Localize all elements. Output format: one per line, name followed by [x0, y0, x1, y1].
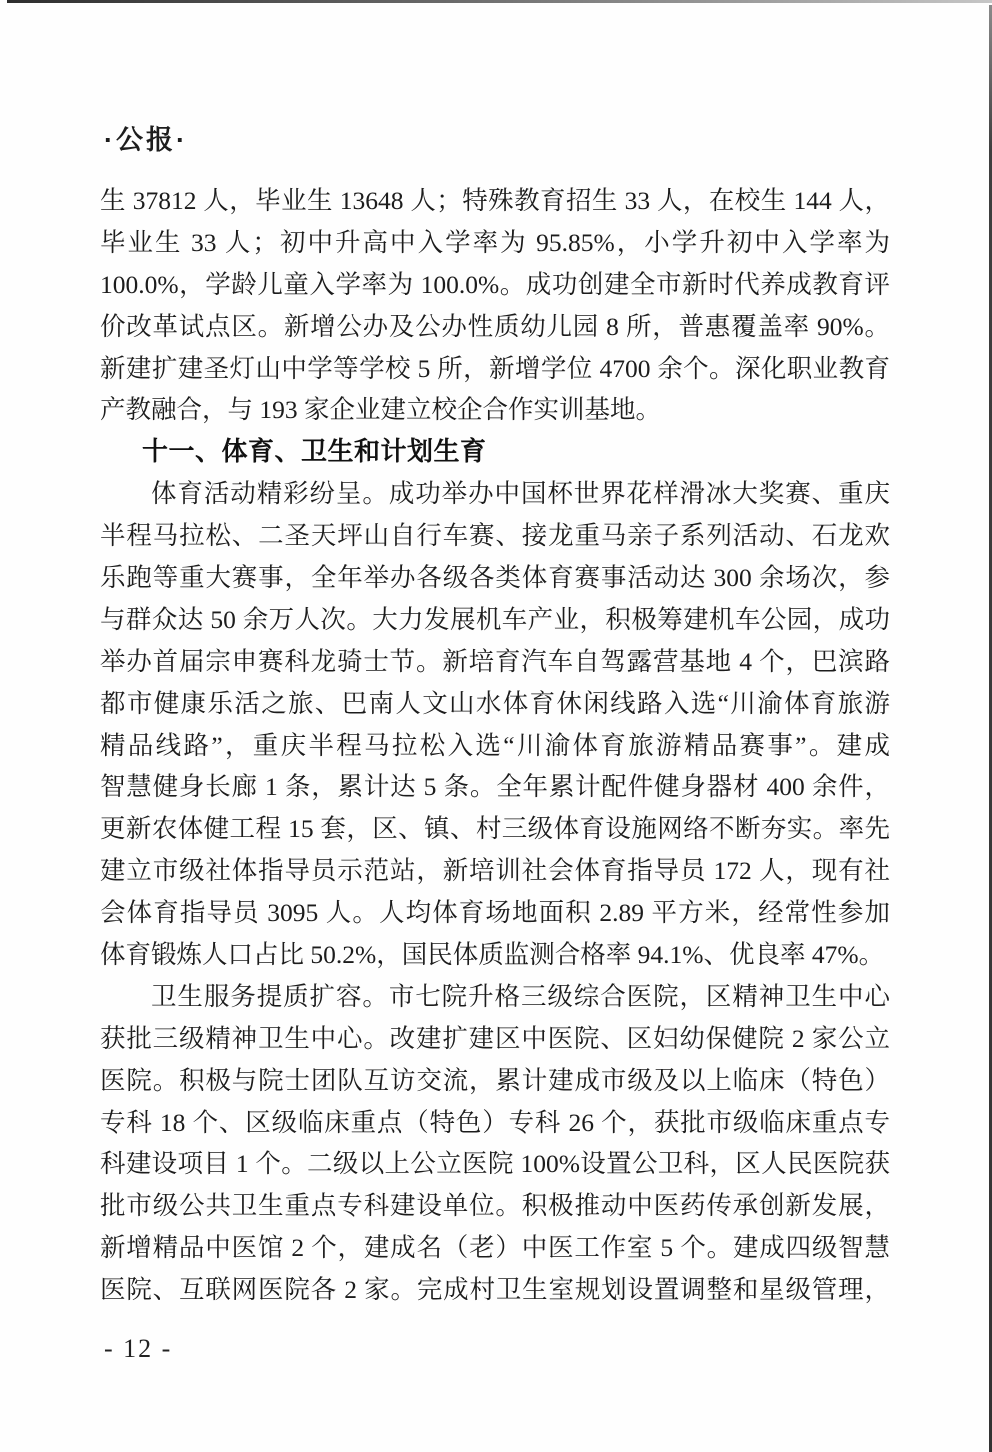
body-text: 生 37812 人，毕业生 13648 人；特殊教育招生 33 人，在校生 14… — [100, 180, 890, 1311]
text-line: 新建扩建圣灯山中学等学校 5 所，新增学位 4700 余个。深化职业教育 — [100, 348, 890, 390]
text-line: 价改革试点区。新增公办及公办性质幼儿园 8 所，普惠覆盖率 90%。 — [100, 306, 890, 348]
text-line: 医院、互联网医院各 2 家。完成村卫生室规划设置调整和星级管理， — [100, 1269, 890, 1311]
text-line: 批市级公共卫生重点专科建设单位。积极推动中医药传承创新发展， — [100, 1185, 890, 1227]
text-line: 100.0%，学龄儿童入学率为 100.0%。成功创建全市新时代养成教育评 — [100, 264, 890, 306]
section-heading: 十一、体育、卫生和计划生育 — [100, 431, 890, 473]
text-line: 医院。积极与院士团队互访交流，累计建成市级及以上临床（特色） — [100, 1060, 890, 1102]
text-line: 获批三级精神卫生中心。改建扩建区中医院、区妇幼保健院 2 家公立 — [100, 1018, 890, 1060]
text-line: 卫生服务提质扩容。市七院升格三级综合医院，区精神卫生中心 — [100, 976, 890, 1018]
text-line: 与群众达 50 余万人次。大力发展机车产业，积极筹建机车公园，成功 — [100, 599, 890, 641]
text-line: 乐跑等重大赛事，全年举办各级各类体育赛事活动达 300 余场次，参 — [100, 557, 890, 599]
text-line: 体育活动精彩纷呈。成功举办中国杯世界花样滑冰大奖赛、重庆 — [100, 473, 890, 515]
text-line: 产教融合，与 193 家企业建立校企合作实训基地。 — [100, 389, 890, 431]
text-line: 举办首届宗申赛科龙骑士节。新培育汽车自驾露营基地 4 个，巴滨路 — [100, 641, 890, 683]
document-page: ·公报· 生 37812 人，毕业生 13648 人；特殊教育招生 33 人，在… — [0, 0, 992, 1452]
text-line: 都市健康乐活之旅、巴南人文山水体育休闲线路入选“川渝体育旅游 — [100, 683, 890, 725]
text-line: 智慧健身长廊 1 条，累计达 5 条。全年累计配件健身器材 400 余件， — [100, 766, 890, 808]
page-number: - 12 - — [104, 1334, 172, 1364]
text-line: 体育锻炼人口占比 50.2%，国民体质监测合格率 94.1%、优良率 47%。 — [100, 934, 890, 976]
text-line: 科建设项目 1 个。二级以上公立医院 100%设置公卫科，区人民医院获 — [100, 1143, 890, 1185]
text-line: 更新农体健工程 15 套，区、镇、村三级体育设施网络不断夯实。率先 — [100, 808, 890, 850]
text-line: 会体育指导员 3095 人。人均体育场地面积 2.89 平方米，经常性参加 — [100, 892, 890, 934]
text-line: 精品线路”，重庆半程马拉松入选“川渝体育旅游精品赛事”。建成 — [100, 725, 890, 767]
text-line: 专科 18 个、区级临床重点（特色）专科 26 个，获批市级临床重点专 — [100, 1102, 890, 1144]
text-line: 半程马拉松、二圣天坪山自行车赛、接龙重马亲子系列活动、石龙欢 — [100, 515, 890, 557]
text-line: 建立市级社体指导员示范站，新培训社会体育指导员 172 人，现有社 — [100, 850, 890, 892]
text-line: 生 37812 人，毕业生 13648 人；特殊教育招生 33 人，在校生 14… — [100, 180, 890, 222]
scan-top-edge-line — [7, 0, 992, 3]
text-line: 新增精品中医馆 2 个，建成名（老）中医工作室 5 个。建成四级智慧 — [100, 1227, 890, 1269]
text-line: 毕业生 33 人；初中升高中入学率为 95.85%，小学升初中入学率为 — [100, 222, 890, 264]
running-header: ·公报· — [104, 118, 188, 157]
